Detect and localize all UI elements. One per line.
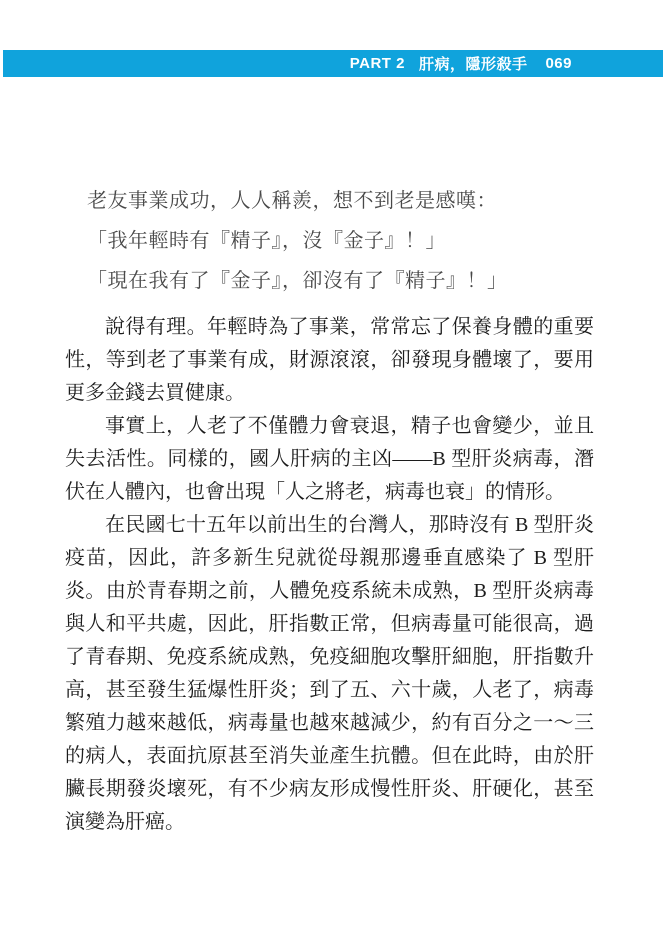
chapter-header-bar: PART 2 肝病，隱形殺手 069 bbox=[3, 50, 663, 77]
epigraph-line: 「現在我有了『金子』，卻沒有了『精子』！」 bbox=[87, 261, 603, 301]
part-label: PART 2 bbox=[350, 55, 405, 72]
epigraph-line: 老友事業成功，人人稱羨，想不到老是感嘆： bbox=[87, 181, 603, 221]
body-text: 說得有理。年輕時為了事業，常常忘了保養身體的重要性，等到老了事業有成，財源滾滾，… bbox=[65, 311, 594, 839]
epigraph: 老友事業成功，人人稱羨，想不到老是感嘆： 「我年輕時有『精子』，沒『金子』！」 … bbox=[87, 181, 603, 301]
book-page: PART 2 肝病，隱形殺手 069 老友事業成功，人人稱羨，想不到老是感嘆： … bbox=[0, 0, 663, 932]
page-number: 069 bbox=[545, 55, 572, 72]
epigraph-line: 「我年輕時有『精子』，沒『金子』！」 bbox=[87, 221, 603, 261]
body-paragraph: 在民國七十五年以前出生的台灣人，那時沒有 B 型肝炎疫苗，因此，許多新生兒就從母… bbox=[65, 509, 594, 839]
chapter-title: 肝病，隱形殺手 bbox=[419, 53, 528, 74]
body-paragraph: 說得有理。年輕時為了事業，常常忘了保養身體的重要性，等到老了事業有成，財源滾滾，… bbox=[65, 311, 594, 410]
body-paragraph: 事實上，人老了不僅體力會衰退，精子也會變少，並且失去活性。同樣的，國人肝病的主凶… bbox=[65, 410, 594, 509]
